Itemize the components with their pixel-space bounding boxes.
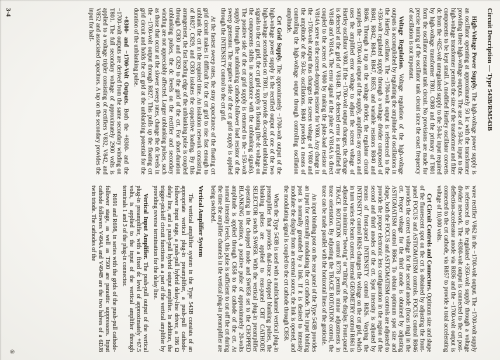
text-columns: High-Voltage Power Supply. The high-volt… bbox=[19, 8, 478, 352]
paragraph: At the fastest sweep rates, the stray ca… bbox=[133, 8, 217, 175]
paragraph-heading: Vertical Input Amplifier. bbox=[143, 194, 150, 263]
paragraph: When the Type 543B is used with a multic… bbox=[210, 186, 280, 353]
paragraph: +8300- and −1700-Volt Outputs. Both the … bbox=[88, 8, 130, 175]
left-column: High-Voltage Power Supply. The high-volt… bbox=[19, 8, 478, 175]
right-column: wave rectifier V862 in the −1700-volt ou… bbox=[19, 186, 478, 353]
page-header: Circuit Description — Type 543B/RM543B bbox=[486, 8, 494, 131]
section-heading: Vertical Amplifier System bbox=[198, 186, 205, 353]
paragraph-heading: Crt Grid Supply. bbox=[276, 16, 283, 65]
paragraph: Crt Grid Supply. The approximately −1700… bbox=[220, 8, 283, 175]
page-number: 3-4 bbox=[5, 8, 13, 17]
paragraph: Vertical Input Amplifier. The push-pull … bbox=[122, 186, 150, 353]
paragraph: R691 and R698, in series with the grids … bbox=[91, 186, 119, 353]
paragraph: An input binding post on the rear panel … bbox=[283, 186, 318, 353]
paragraph-heading: +8300- and −1700-Volt Outputs. bbox=[123, 16, 130, 108]
paragraph-heading: Crt Circuit Controls and Connectors. bbox=[426, 194, 433, 293]
paragraph: wave rectifier V862 in the −1700-volt ou… bbox=[436, 186, 478, 353]
paragraph: High-Voltage Power Supply. The high-volt… bbox=[408, 8, 478, 175]
paragraph-heading: Voltage Regulation. bbox=[398, 16, 405, 73]
document-page: Circuit Description — Type 543B/RM543B H… bbox=[0, 0, 500, 360]
paragraph: Crt Circuit Controls and Connectors. Opt… bbox=[321, 186, 433, 353]
paragraph-heading: High-Voltage Power Supply. bbox=[471, 16, 478, 92]
paragraph: The vertical amplifier system in the Typ… bbox=[153, 186, 195, 353]
scanned-page-stage: Circuit Description — Type 543B/RM543B H… bbox=[0, 0, 500, 360]
registered-trademark-symbol: ® bbox=[8, 349, 16, 354]
paragraph: Voltage Regulation. Voltage regulation o… bbox=[286, 8, 405, 175]
